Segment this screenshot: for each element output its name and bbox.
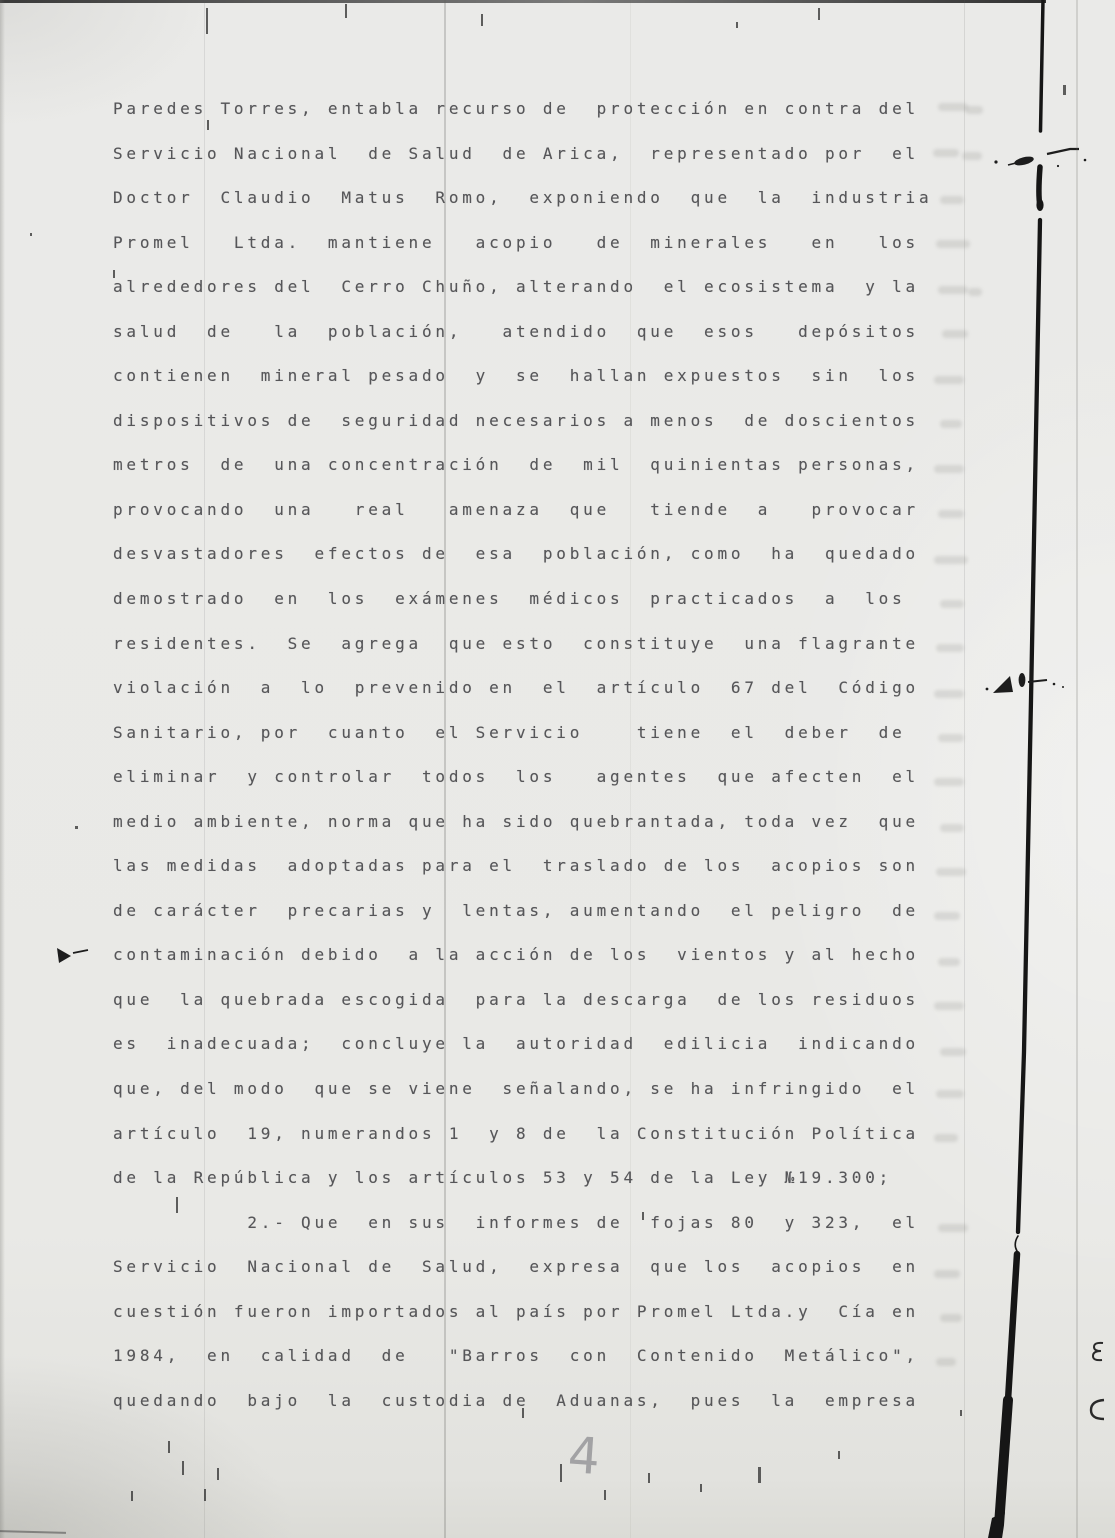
ink-speck [758,1467,761,1483]
bleedthrough-smudge [934,556,968,564]
handwritten-page-number: 4 [566,1426,630,1488]
bleedthrough-smudge [936,1358,956,1366]
ink-speck [168,1441,170,1453]
text-line: contaminación debido a la acción de los … [113,933,932,978]
text-line: cuestión fueron importados al país por P… [113,1290,932,1335]
bleedthrough-smudge [940,1048,966,1056]
bleedthrough-smudge [936,868,966,876]
text-line: eliminar y controlar todos los agentes q… [113,755,932,800]
ink-speck [217,1468,219,1480]
scan-bottom-edge-line [0,1530,66,1534]
ink-speck [560,1464,562,1482]
text-line: desvastadores efectos de esa población, … [113,532,932,577]
scan-left-edge-shadow [0,0,5,1538]
text-line: violación a lo prevenido en el artículo … [113,666,932,711]
ink-speck [818,8,820,20]
bleedthrough-smudge [934,465,964,473]
ink-speck [700,1484,702,1492]
text-line: medio ambiente, norma que ha sido quebra… [113,800,932,845]
bleedthrough-smudge [934,912,960,920]
ink-speck [206,8,208,34]
text-line: Servicio Nacional de Salud, expresa que … [113,1245,932,1290]
pen-mark-upper [994,149,1086,167]
ink-speck [345,4,347,18]
bleedthrough-smudge [938,734,964,742]
bleedthrough-smudge [940,824,964,832]
ink-speck [838,1451,840,1459]
bleedthrough-smudge [940,600,964,608]
text-line: artículo 19, numerandos 1 y 8 de la Cons… [113,1112,932,1157]
text-line: Doctor Claudio Matus Romo, exponiendo qu… [113,176,932,221]
ink-speck [75,826,78,829]
paper-crease-line [1076,0,1078,1538]
text-line: quedando bajo la custodia de Aduanas, pu… [113,1379,932,1424]
ink-speck [131,1491,133,1501]
text-line: de carácter precarias y lentas, aumentan… [113,889,932,934]
bleedthrough-smudge [936,240,970,248]
binding-line [988,0,1044,1538]
text-line: residentes. Se agrega que esto constituy… [113,622,932,667]
bleedthrough-smudge [938,1224,968,1232]
bleedthrough-smudge [936,644,964,652]
edge-glyph-epsilon [1093,1343,1103,1360]
ink-speck [1063,85,1066,95]
bleedthrough-smudge [965,106,983,114]
text-line: las medidas adoptadas para el traslado d… [113,844,932,889]
bleedthrough-smudge [968,288,982,296]
ink-speck [204,1489,206,1501]
bleedthrough-smudge [934,376,964,384]
text-line: Paredes Torres, entabla recurso de prote… [113,87,932,132]
ink-speck [604,1490,606,1500]
text-line: demostrado en los exámenes médicos pract… [113,577,932,622]
bleedthrough-smudge [962,152,982,160]
ink-speck [960,1410,962,1416]
ink-speck [182,1461,184,1475]
bleedthrough-smudge [934,1134,958,1142]
text-line: es inadecuada; concluye la autoridad edi… [113,1022,932,1067]
text-line: de la República y los artículos 53 y 54 … [113,1156,932,1201]
bleedthrough-smudge [934,778,964,786]
bleedthrough-smudge [938,286,968,294]
bleedthrough-smudge [934,690,964,698]
text-line: 1984, en calidad de "Barros con Contenid… [113,1334,932,1379]
ink-speck [481,14,483,26]
scanned-page: Paredes Torres, entabla recurso de prote… [0,0,1115,1538]
text-line: salud de la población, atendido que esos… [113,310,932,355]
text-line: provocando una real amenaza que tiende a… [113,488,932,533]
bleedthrough-smudge [934,1270,960,1278]
text-line: Sanitario, por cuanto el Servicio tiene … [113,711,932,756]
pen-mark-middle [986,673,1064,693]
text-line: dispositivos de seguridad necesarios a m… [113,399,932,444]
text-line: que, del modo que se viene señalando, se… [113,1067,932,1112]
text-line: que la quebrada escogida para la descarg… [113,978,932,1023]
ink-speck [648,1473,650,1483]
text-line: contienen mineral pesado y se hallan exp… [113,354,932,399]
bleedthrough-smudge [934,1002,964,1010]
bleedthrough-smudge [936,1090,964,1098]
bleedthrough-smudge [940,196,964,204]
bleedthrough-smudge [940,1314,962,1322]
bleedthrough-smudge [938,103,968,111]
ink-speck [30,233,32,236]
text-line: Promel Ltda. mantiene acopio de minerale… [113,221,932,266]
edge-glyph-c [1091,1400,1104,1419]
text-line: metros de una concentración de mil quini… [113,443,932,488]
text-line: Servicio Nacional de Salud de Arica, rep… [113,132,932,177]
bleedthrough-smudge [942,330,968,338]
scan-top-edge-line [0,0,1046,3]
ink-speck [736,22,738,28]
pen-mark-left-margin [57,948,88,963]
bleedthrough-smudge [938,510,964,518]
document-text: Paredes Torres, entabla recurso de prote… [113,87,932,1423]
text-line: alrededores del Cerro Chuño, alterando e… [113,265,932,310]
bleedthrough-smudge [938,958,960,966]
text-line: 2.- Que en sus informes de fojas 80 y 32… [113,1201,932,1246]
paper-crease-line [964,0,965,1538]
bleedthrough-smudge [940,420,962,428]
bleedthrough-smudge [933,149,959,157]
